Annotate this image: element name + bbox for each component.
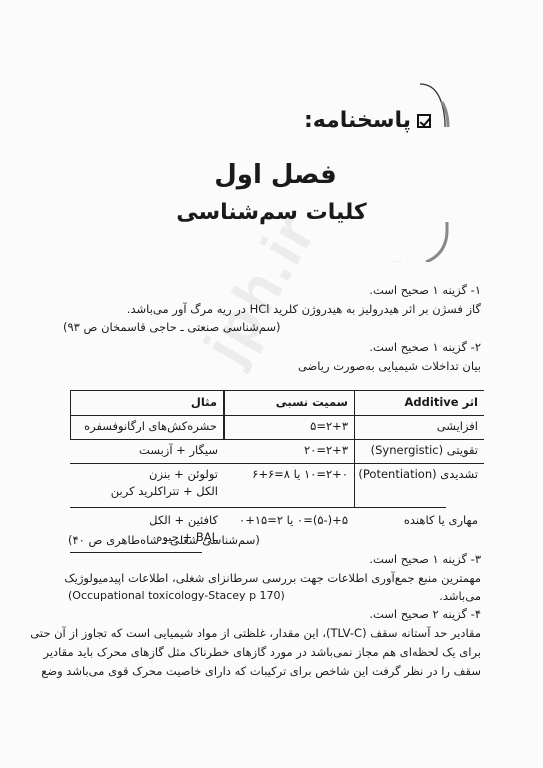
q2-explanation: بیان تداخلات شیمیایی به‌صورت ریاضی	[298, 359, 481, 373]
cell-effect: افزایشی	[354, 416, 484, 439]
table-row: تقویتی (Synergistic) ۲+۳=۲۰ سیگار + آزبس…	[70, 440, 484, 464]
table-row: مهاری یا کاهنده ۵+(-۵)=۰ یا ۲=۱۵+۰ کافئی…	[70, 508, 484, 554]
q4-answer: ۴- گزینه ۲ صحیح است.	[369, 607, 481, 621]
cell-toxicity: ۲+۳=۵	[224, 416, 354, 439]
q1-answer: ۱- گزینه ۱ صحیح است.	[369, 283, 481, 297]
answer-sheet-label: پاسخنامه:	[304, 108, 411, 133]
header-effect-text: اثر Additive	[405, 395, 478, 409]
cell-example: سیگار + آزبست	[70, 440, 224, 463]
watermark: jph.ir	[190, 203, 329, 375]
faint-mark: ٠٠٠	[392, 258, 402, 265]
table-row: تشدیدی (Potentiation) ۲+۰=۱۰ یا ۸=۶+۶ تو…	[70, 464, 484, 508]
cell-effect: تقویتی (Synergistic)	[354, 440, 484, 463]
table-header-example: مثال	[70, 391, 224, 415]
table-row: افزایشی ۲+۳=۵ حشره‌کش‌های ارگانوفسفره	[70, 416, 484, 440]
cell-example: حشره‌کش‌های ارگانوفسفره	[70, 416, 224, 439]
row-divider	[70, 552, 202, 553]
chapter-title: فصل اول	[0, 160, 543, 190]
q3-answer: ۳- گزینه ۱ صحیح است.	[369, 552, 481, 566]
q3-explanation-line2: می‌باشد.	[439, 589, 481, 603]
chapter-subtitle: کلیات سم‌شناسی	[0, 200, 543, 225]
q2-answer: ۲- گزینه ۱ صحیح است.	[369, 340, 481, 354]
q2-reference: (سم‌شناسی شغلی ـ شاه‌طاهری ص ۴۰)	[68, 533, 260, 547]
example-line: تولوئن + بنزن	[149, 467, 218, 481]
header-example-text: مثال	[191, 395, 217, 409]
document-page: پاسخنامه: فصل اول کلیات سم‌شناسی ٠٠٠ jph…	[0, 0, 543, 768]
cell-example: تولوئن + بنزن الکل + تتراکلرید کربن	[70, 464, 224, 508]
table-header-effect: اثر Additive	[354, 391, 484, 415]
q1-explanation: گاز فسژن بر اثر هیدرولیز به هیدروژن کلری…	[127, 302, 481, 316]
header-toxicity-text: سمیت نسبی	[276, 395, 348, 409]
checkbox-checked-icon	[417, 114, 431, 128]
cell-toxicity: ۵+(-۵)=۰ یا ۲=۱۵+۰	[224, 510, 354, 554]
answer-sheet-heading: پاسخنامه:	[304, 108, 431, 133]
q3-explanation-line1: مهمترین منبع جمع‌آوری اطلاعات جهت بررسی …	[69, 571, 481, 585]
cell-effect-text: تقویتی (Synergistic)	[371, 443, 478, 457]
example-line: الکل + تتراکلرید کربن	[76, 484, 218, 498]
cell-effect: مهاری یا کاهنده	[354, 510, 484, 554]
table-header-toxicity: سمیت نسبی	[224, 391, 354, 415]
cell-toxicity: ۲+۳=۲۰	[224, 440, 354, 463]
q4-line: برای یک لحظه‌ای هم مجاز نمی‌باشد در مورد…	[69, 645, 481, 659]
cell-example: کافئین + الکل BAL + جیوه	[70, 510, 224, 554]
interaction-table: اثر Additive سمیت نسبی مثال افزایشی ۲+۳=…	[70, 390, 484, 554]
table-header-row: اثر Additive سمیت نسبی مثال	[70, 390, 484, 416]
q1-reference-text: (سم‌شناسی صنعتی ـ حاجی قاسمخان ص ۹۳)	[63, 320, 473, 334]
q1-reference: (سم‌شناسی صنعتی ـ حاجی قاسمخان ص ۹۳)	[63, 320, 473, 334]
cell-effect: تشدیدی (Potentiation)	[354, 464, 484, 508]
cell-toxicity: ۲+۰=۱۰ یا ۸=۶+۶	[224, 464, 354, 508]
q3-reference: (Occupational toxicology-Stacey p 170)	[68, 589, 285, 602]
q4-line: مقادیر حد آستانه سقف (TLV-C)، این مقدار،…	[69, 626, 481, 640]
example-line: کافئین + الکل	[149, 513, 218, 527]
q4-line: سقف را در نظر گرفت این شاخص برای ترکیبات…	[69, 664, 481, 678]
